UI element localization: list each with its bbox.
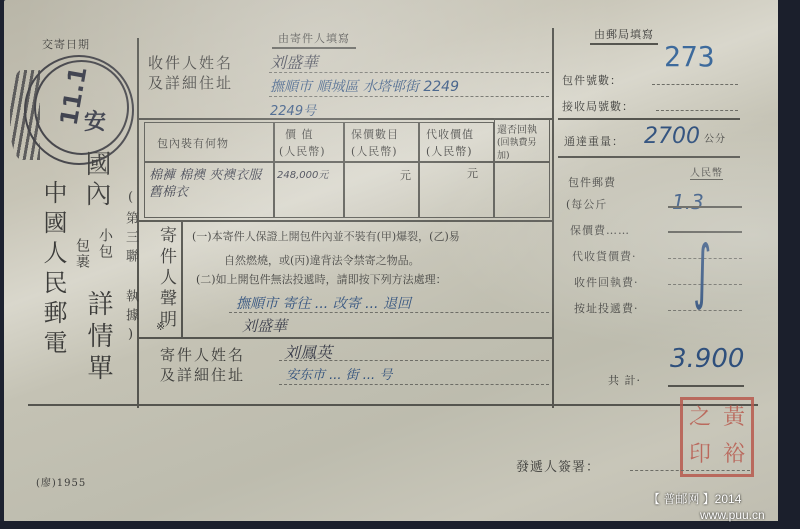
contents-header-cell: 包內裝有何物: [144, 122, 274, 162]
official-seal: 之黃 印裕: [680, 397, 754, 477]
small-parcel-label: 小包: [95, 228, 115, 260]
parcel-number-label: 包件號數：: [562, 72, 622, 88]
receipt-header-cell: 還否回執 (回執費另加): [494, 118, 550, 162]
date-header: 交寄日期: [42, 36, 90, 52]
recipient-address-label: 及詳細住址: [148, 72, 233, 93]
watermark-line1: 【 普邮网 】2014: [648, 490, 741, 507]
postmark-city: 安: [84, 105, 106, 136]
cod-fee-label: 代收貨價費·: [572, 248, 637, 264]
contents-cell: 棉褲 棉襖 夾襖衣服 舊棉衣: [144, 162, 274, 218]
receipt-fee-label: 收件回執費·: [574, 274, 639, 290]
right-column-divider: [552, 28, 554, 408]
value-cell: 248,000元: [274, 162, 344, 218]
fees-brace-mark: ∫: [693, 230, 711, 312]
weight-unit: 公分: [704, 130, 726, 145]
background-edge-bottom: [0, 521, 800, 529]
currency-label: 人民幣: [690, 164, 723, 180]
declaration-handwritten-1: 撫順市 寄往 ... 改寄 ... 退回: [236, 293, 411, 313]
total-label: 共 計·: [608, 372, 641, 388]
background-edge-right: [778, 0, 800, 529]
cod-header-cell: 代收價值 (人民幣): [419, 122, 494, 162]
office-fill-header: 由郵局填寫: [590, 26, 658, 45]
domestic-title: 國內: [78, 150, 115, 210]
recipient-name-label: 收件人姓名: [148, 52, 233, 73]
recipient-address-line1: 撫順市 順城區 水塔邨街 2249: [270, 76, 459, 96]
recipient-address-line2: 2249号: [270, 100, 316, 119]
sender-address-label: 及詳細住址: [160, 364, 245, 385]
per-kg-label: (每公斤: [566, 196, 607, 212]
declaration-side-label: 寄件人聲明: [154, 226, 179, 331]
recipient-name-value: 刘盛華: [270, 50, 318, 73]
form-code: (廖)1955: [36, 474, 86, 489]
forward-fee-label: 按址投遞費·: [574, 300, 639, 316]
weight-label: 通達重量：: [564, 133, 624, 149]
postage-value: 1.3: [672, 190, 704, 214]
receipt-cell: [494, 162, 550, 218]
declaration-item1a: (一)本寄件人保證上開包件內並不裝有(甲)爆裂，(乙)易: [192, 228, 460, 244]
receiving-office-label: 接收局號數：: [562, 98, 634, 114]
parcel-count-stamp: 273: [664, 40, 715, 73]
value-header-cell: 價 值 (人民幣): [274, 122, 344, 162]
total-value: 3.900: [670, 344, 744, 374]
declaration-item1b: 自然燃燒，或(丙)違背法令禁寄之物品。: [224, 252, 420, 268]
declaration-item2: (二)如上開包件無法投遞時，請即按下列方法處理：: [196, 271, 447, 287]
cod-cell: 元: [419, 162, 494, 218]
insured-cell: 元: [344, 162, 419, 218]
declaration-handwritten-2: 刘盛華: [242, 315, 287, 336]
sender-address-value: 安东市 ... 街 ... 号: [286, 364, 392, 383]
insured-header-cell: 保價數目 (人民幣): [344, 122, 419, 162]
postage-label: 包件郵費: [568, 174, 616, 190]
parcel-label: 包裹: [72, 238, 92, 270]
sender-name-label: 寄件人姓名: [160, 344, 245, 365]
copy-note: (第三聯 執據): [121, 190, 140, 348]
handler-signature-label: 發遞人簽署：: [516, 456, 600, 475]
weight-value: 2700: [644, 124, 700, 149]
insurance-fee-label: 保價費……: [570, 222, 630, 238]
parcel-form-paper: 交寄日期 11.1 安 中國人民郵電 國內 包裹 小包 詳情單 (第三聯 執據)…: [4, 0, 792, 522]
org-title: 中國人民郵電: [36, 180, 71, 360]
details-form-title: 詳情單: [80, 290, 117, 386]
sender-fill-header: 由寄件人填寫: [272, 30, 356, 49]
watermark-line2: www.puu.cn: [700, 508, 765, 522]
